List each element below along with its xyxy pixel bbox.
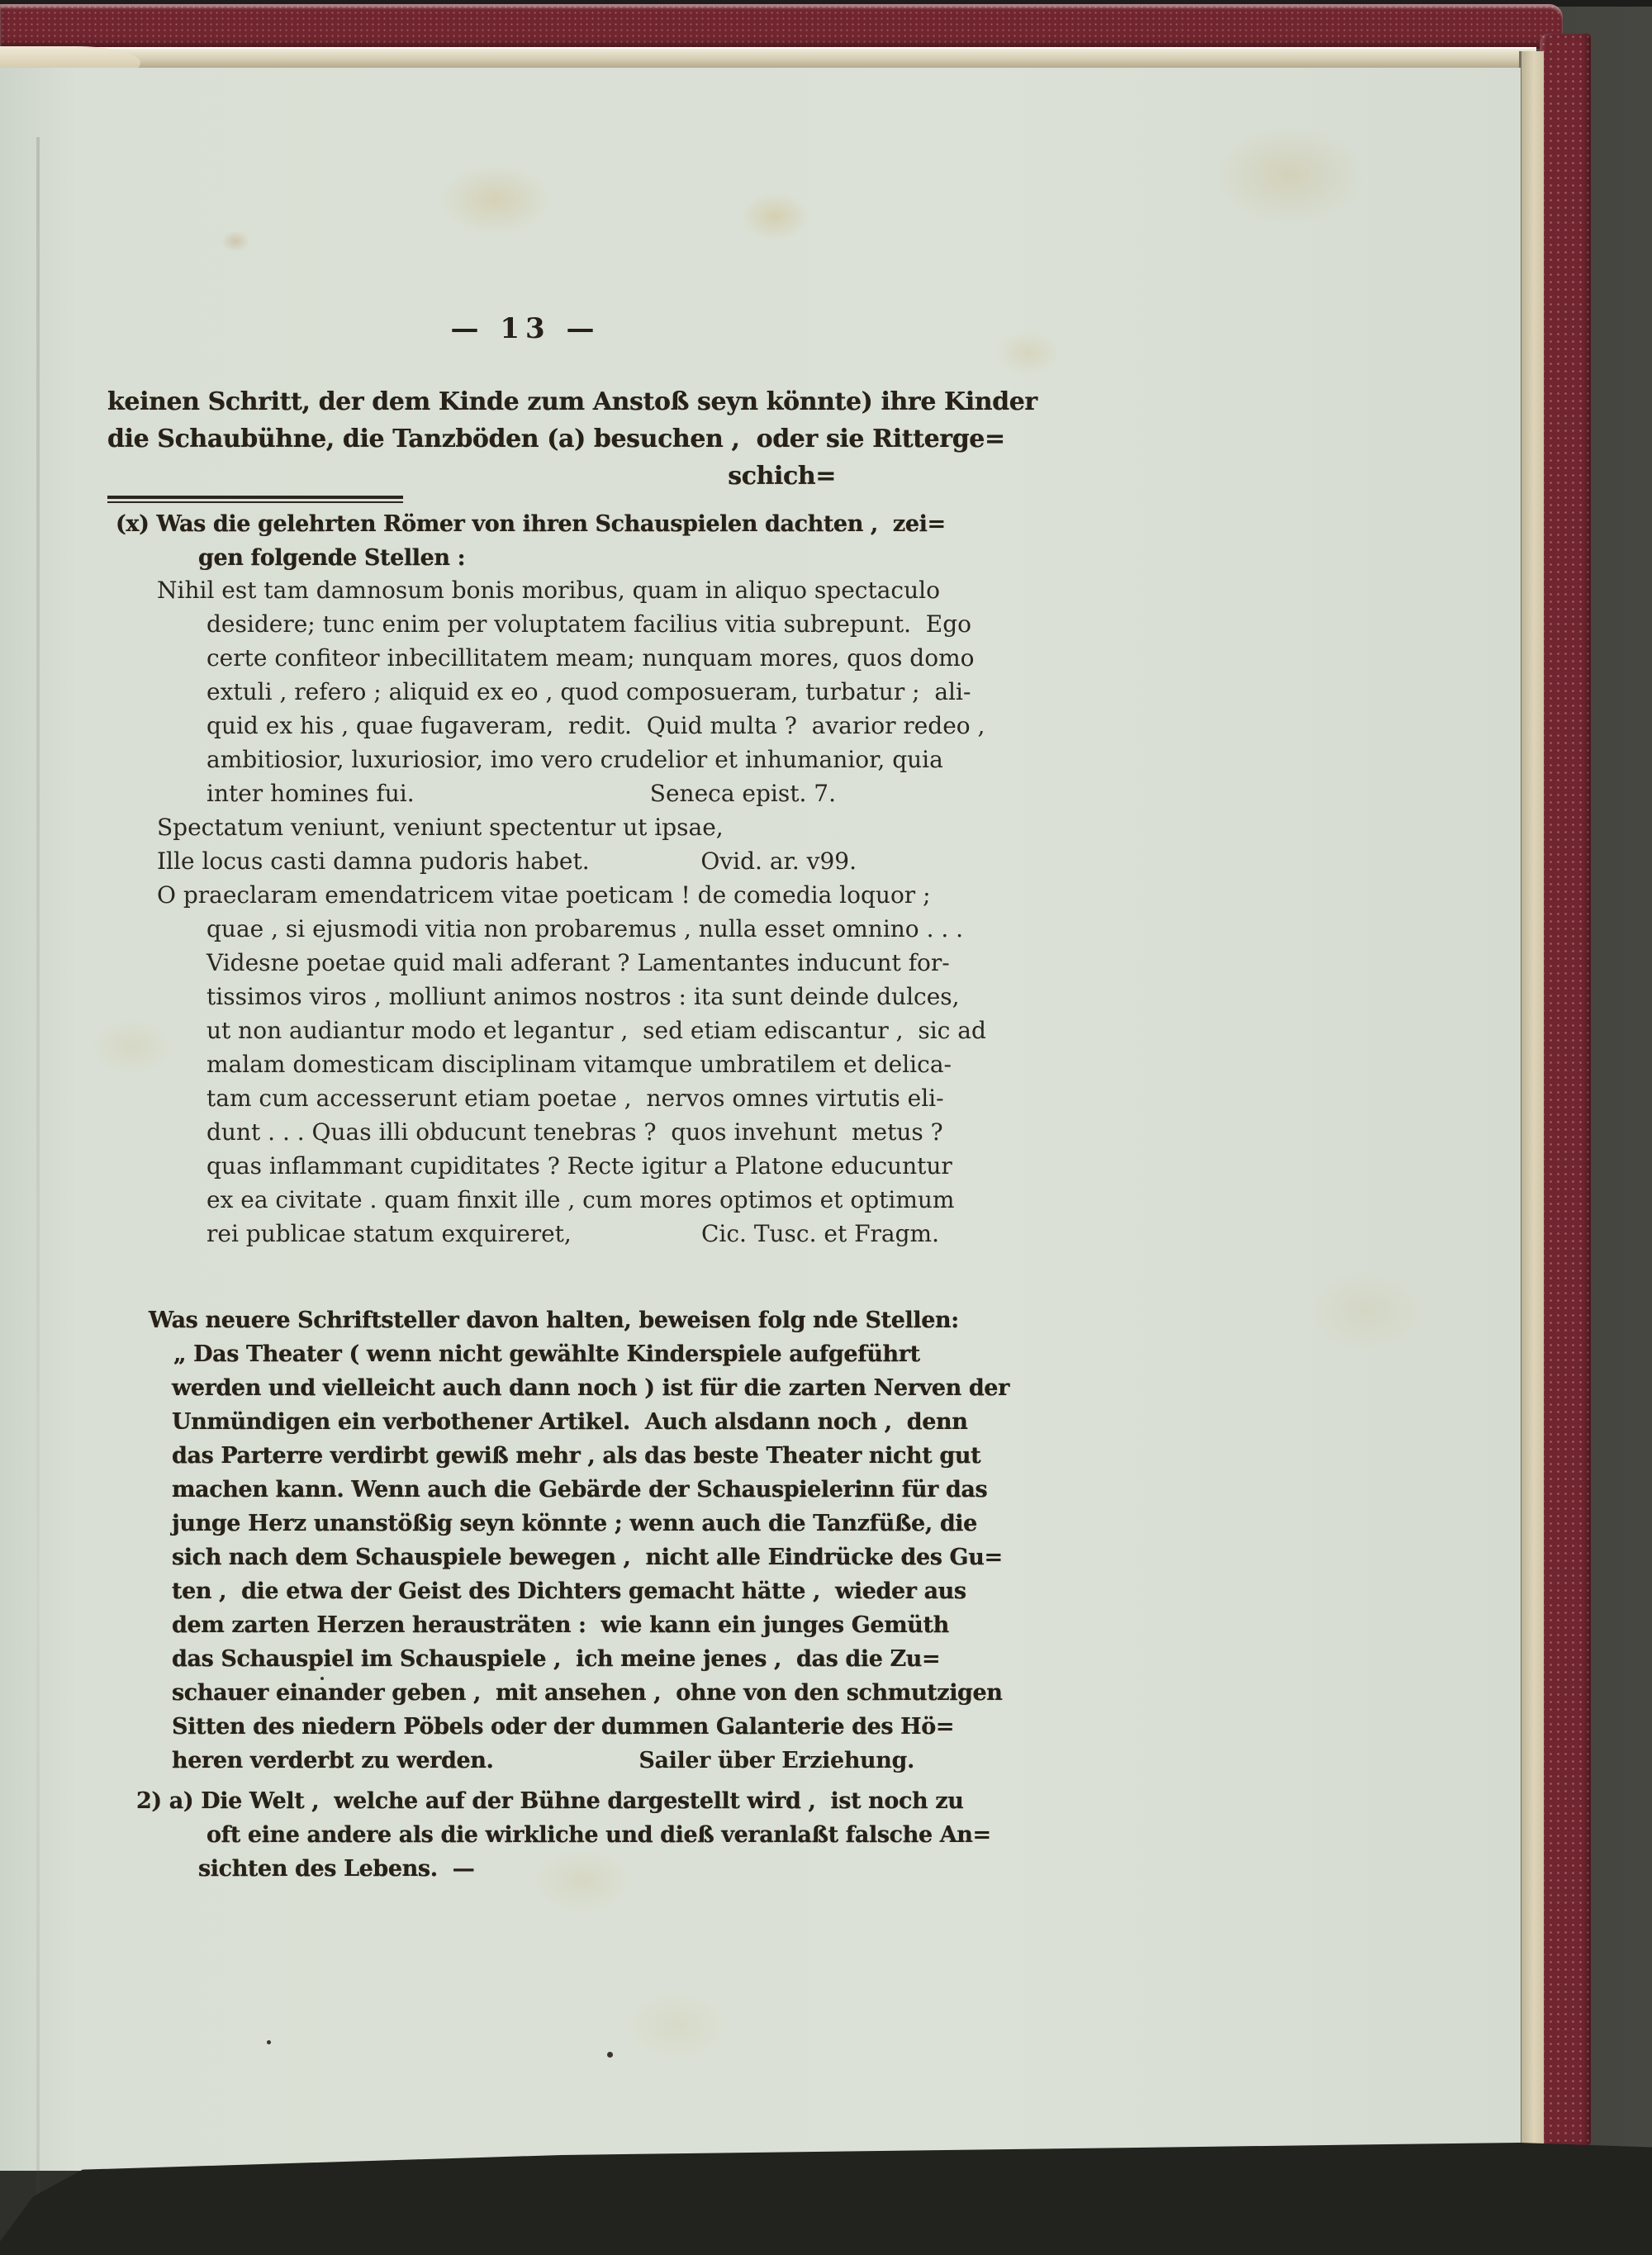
- text-line: dem zarten Herzen herausträten : wie kan…: [107, 1608, 943, 1642]
- text-line: certe confiteor inbecillitatem meam; nun…: [107, 641, 943, 675]
- text-line: keinen Schritt, der dem Kinde zum Anstoß…: [107, 383, 943, 420]
- text-line: Unmündigen ein verbothener Artikel. Auch…: [107, 1405, 943, 1439]
- text-line: 2) a) Die Welt , welche auf der Bühne da…: [107, 1784, 943, 1818]
- page-crease: [36, 137, 40, 2210]
- text-line: heren verderbt zu werden.Sailer über Erz…: [107, 1744, 943, 1778]
- page-number: — 13 —: [107, 312, 943, 345]
- text-line: (x) Was die gelehrten Römer von ihren Sc…: [107, 507, 943, 541]
- footnote-separator: [107, 496, 403, 503]
- text-line: desidere; tunc enim per voluptatem facil…: [107, 607, 943, 641]
- text-line: junge Herz unanstößig seyn könnte ; wenn…: [107, 1507, 943, 1541]
- text-line: Nihil est tam damnosum bonis moribus, qu…: [107, 573, 943, 607]
- text-line: malam domesticam disciplinam vitamque um…: [107, 1047, 943, 1081]
- book-scan-photo: — 13 — keinen Schritt, der dem Kinde zum…: [0, 0, 1652, 2255]
- text-line: ambitiosior, luxuriosior, imo vero crude…: [107, 743, 943, 776]
- page-block-fore-edge: [1519, 51, 1544, 2159]
- text-line: ex ea civitate . quam finxit ille , cum …: [107, 1183, 943, 1217]
- text-line: Was neuere Schriftsteller davon halten, …: [107, 1303, 943, 1337]
- text-line: „ Das Theater ( wenn nicht gewählte Kind…: [107, 1337, 943, 1371]
- text-line: tam cum accesserunt etiam poetae , nervo…: [107, 1081, 943, 1115]
- text-line: machen kann. Wenn auch die Gebärde der S…: [107, 1473, 943, 1507]
- german-quote-block: Was neuere Schriftsteller davon halten, …: [107, 1303, 943, 1778]
- page-block-top-edge: [0, 47, 1536, 70]
- text-line: Videsne poetae quid mali adferant ? Lame…: [107, 946, 943, 980]
- text-line: extuli , refero ; aliquid ex eo , quod c…: [107, 675, 943, 709]
- text-line: tissimos viros , molliunt animos nostros…: [107, 980, 943, 1014]
- ink-speck: [607, 2052, 613, 2058]
- book-cover-right-band: [1540, 33, 1591, 2146]
- text-line: sichten des Lebens. —: [107, 1852, 943, 1886]
- citation: Cic. Tusc. et Fragm.: [701, 1217, 939, 1251]
- text-line: quae , si ejusmodi vitia non probaremus …: [107, 912, 943, 946]
- citation: Seneca epist. 7.: [650, 776, 836, 810]
- text-line: gen folgende Stellen :: [107, 541, 943, 575]
- footnote-intro: (x) Was die gelehrten Römer von ihren Sc…: [107, 507, 943, 575]
- text-line: die Schaubühne, die Tanzböden (a) besuch…: [107, 420, 943, 458]
- text-line: O praeclaram emendatricem vitae poeticam…: [107, 878, 943, 912]
- text-line: oft eine andere als die wirkliche und di…: [107, 1818, 943, 1852]
- text-line: das Parterre verdirbt gewiß mehr , als d…: [107, 1439, 943, 1473]
- book-cover-top-band: [0, 4, 1563, 49]
- ink-speck: [267, 2040, 271, 2044]
- citation: Sailer über Erziehung.: [638, 1744, 914, 1778]
- text-line: Ille locus casti damna pudoris habet.Ovi…: [107, 844, 943, 878]
- text-line: schich=: [107, 458, 943, 495]
- text-line: rei publicae statum exquireret,Cic. Tusc…: [107, 1217, 943, 1251]
- text-line: das Schauspiel im Schauspiele , ich mein…: [107, 1642, 943, 1676]
- citation: Ovid. ar. v99.: [700, 844, 857, 878]
- footnote-final-paragraph: 2) a) Die Welt , welche auf der Bühne da…: [107, 1784, 943, 1886]
- text-line: Spectatum veniunt, veniunt spectentur ut…: [107, 810, 943, 844]
- latin-quote-block: Nihil est tam damnosum bonis moribus, qu…: [107, 573, 943, 1251]
- text-line: sich nach dem Schauspiele bewegen , nich…: [107, 1541, 943, 1574]
- text-line: ten , die etwa der Geist des Dichters ge…: [107, 1574, 943, 1608]
- text-line: Sitten des niedern Pöbels oder der dumme…: [107, 1710, 943, 1744]
- text-line: ut non audiantur modo et legantur , sed …: [107, 1014, 943, 1047]
- text-line: dunt . . . Quas illi obducunt tenebras ?…: [107, 1115, 943, 1149]
- text-line: quas inflammant cupiditates ? Recte igit…: [107, 1149, 943, 1183]
- text-line: inter homines fui.Seneca epist. 7.: [107, 776, 943, 810]
- scanned-page: — 13 — keinen Schritt, der dem Kinde zum…: [0, 68, 1521, 2171]
- text-line: quid ex his , quae fugaveram, redit. Qui…: [107, 709, 943, 743]
- text-line: schauer einander geben , mit ansehen , o…: [107, 1676, 943, 1710]
- body-paragraph: keinen Schritt, der dem Kinde zum Anstoß…: [107, 383, 943, 495]
- text-line: werden und vielleicht auch dann noch ) i…: [107, 1371, 943, 1405]
